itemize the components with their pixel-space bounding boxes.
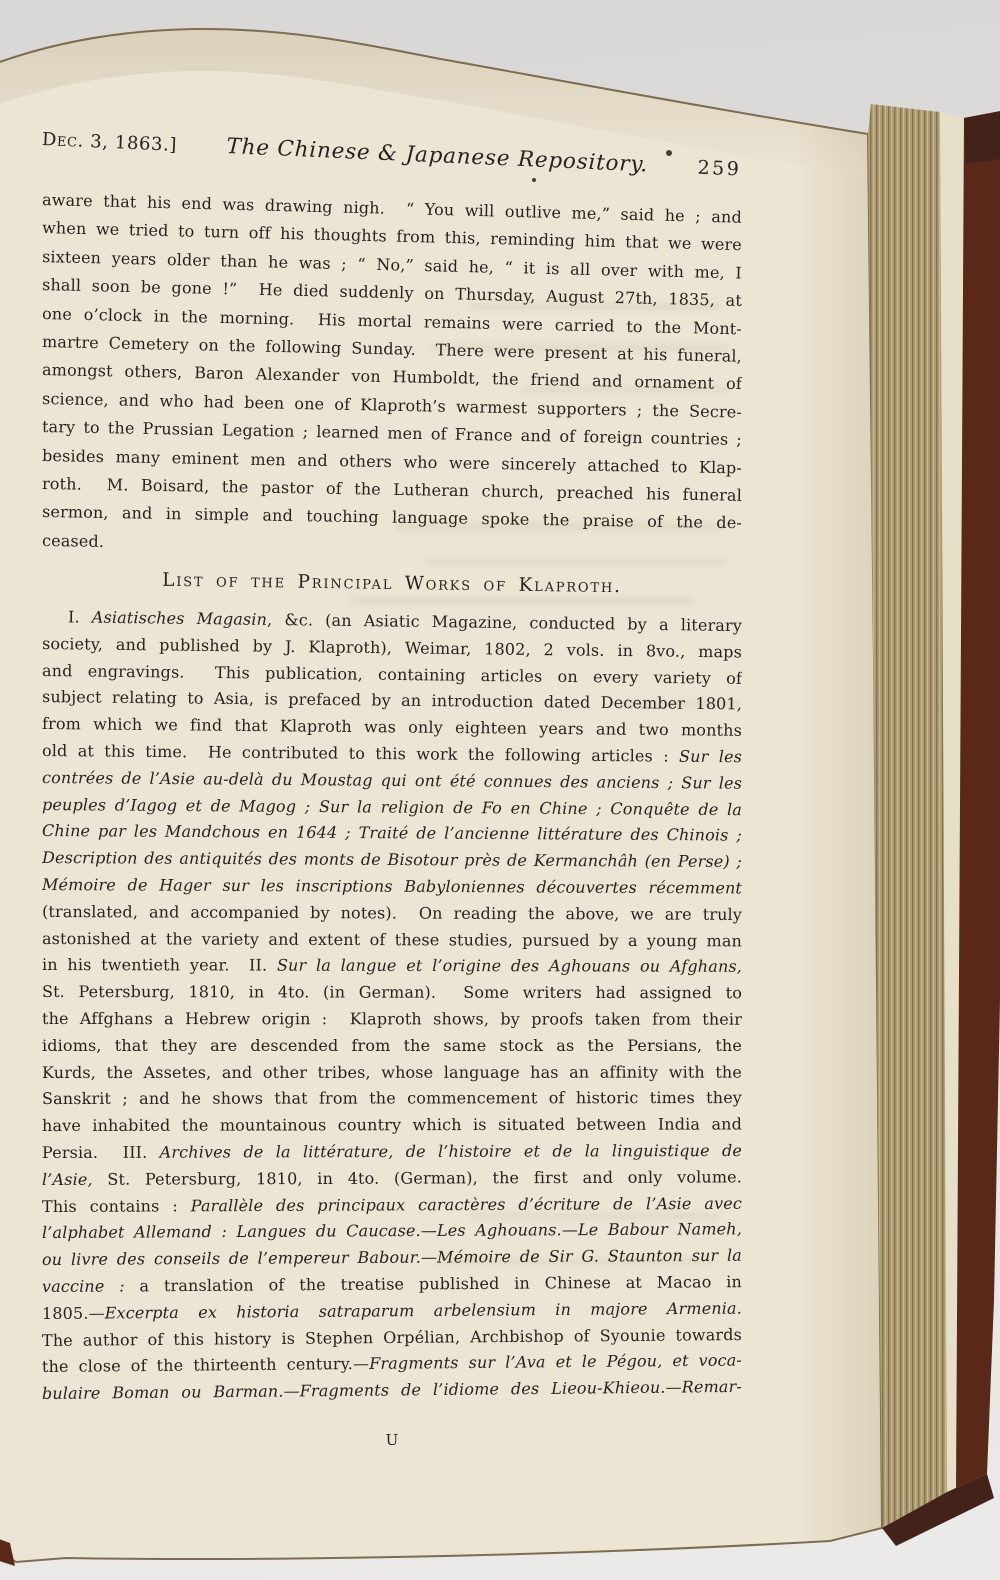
ink-speck — [532, 178, 536, 182]
text-segment: Persia. III. — [42, 1143, 160, 1162]
text-segment: 1805.— — [42, 1303, 105, 1322]
text-segment: The author of this history is Stephen Or… — [42, 1325, 742, 1350]
italic-text-segment: Description des antiquités des monts de … — [42, 848, 742, 871]
text-line: bulaire Boman ou Barman.—Fragments de l’… — [42, 1374, 742, 1408]
text-segment: , &c. (an Asiatic Magazine, conducted by… — [267, 610, 742, 635]
text-segment: the close of the thirteenth century.— — [42, 1354, 369, 1376]
text-segment: ceased. — [42, 531, 104, 551]
page-text: Dec. 3, 1863.] The Chinese & Japanese Re… — [0, 0, 1000, 1580]
text-segment: Sanskrit ; and he shows that from the co… — [42, 1088, 742, 1108]
italic-text-segment: Sur les — [679, 747, 742, 767]
text-segment: have inhabited the mountainous country w… — [42, 1115, 742, 1136]
italic-text-segment: Asiatisches Magasin — [92, 608, 267, 629]
text-segment: in his twentieth year. II. — [42, 955, 277, 975]
italic-text-segment: Mémoire de Hager sur les inscriptions Ba… — [42, 875, 742, 897]
italic-text-segment: Chine par les Mandchous en 1644 ; Traité… — [42, 821, 742, 845]
text-segment: St. Petersburg, 1810, in 4to. (in German… — [42, 982, 742, 1002]
italic-text-segment: l’alphabet Allemand : Langues du Caucase… — [42, 1220, 742, 1243]
italic-text-segment: peuples d’Iagog et de Magog ; Sur la rel… — [42, 795, 742, 819]
text-line: astonished at the variety and extent of … — [42, 926, 742, 955]
text-segment: (translated, and accompanied by notes). … — [42, 902, 742, 924]
text-segment: St. Petersburg, 1810, in 4to. (German), … — [93, 1167, 742, 1188]
text-line: St. Petersburg, 1810, in 4to. (in German… — [42, 979, 742, 1007]
italic-text-segment: contrées de l’Asie au-delà du Moustag qu… — [42, 768, 742, 793]
text-segment: society, and published by J. Klaproth), … — [42, 634, 742, 661]
text-segment: astonished at the variety and extent of … — [42, 929, 742, 950]
issue-date: Dec. 3, 1863.] — [41, 129, 177, 156]
journal-title: The Chinese & Japanese Repository. — [176, 132, 698, 180]
italic-text-segment: bulaire Boman ou Barman.—Fragments de l’… — [42, 1377, 742, 1403]
text-line: in his twentieth year. II. Sur la langue… — [42, 952, 742, 981]
signature-mark: U — [42, 1424, 742, 1456]
italic-text-segment: Parallèle des principaux caractères d’éc… — [191, 1193, 742, 1215]
text-line: Description des antiquités des monts de … — [42, 845, 742, 876]
italic-text-segment: Archives de la littérature, de l’histoir… — [160, 1141, 742, 1162]
text-line: Sanskrit ; and he shows that from the co… — [42, 1085, 742, 1113]
paragraph-obituary: aware that his end was drawing nigh. “ Y… — [42, 186, 742, 555]
text-segment: the Affghans a Hebrew origin : Klaproth … — [42, 1009, 742, 1029]
text-segment: from which we find that Klaproth was onl… — [42, 714, 742, 740]
paragraph-works-list: I. Asiatisches Magasin, &c. (an Asiatic … — [42, 604, 742, 1408]
italic-text-segment: Fragments sur l’Ava et le Pégou, et voca… — [369, 1351, 742, 1373]
text-line: the Affghans a Hebrew origin : Klaproth … — [42, 1006, 742, 1033]
text-segment: idioms, that they are descended from the… — [42, 1036, 742, 1055]
page-number: 259 — [697, 157, 742, 181]
text-line: Kurds, the Assetes, and other tribes, wh… — [42, 1059, 742, 1086]
text-segment: a translation of the treatise published … — [125, 1272, 742, 1295]
text-segment: subject relating to Asia, is prefaced by… — [42, 687, 742, 713]
text-line: l’Asie, St. Petersburg, 1810, in 4to. (G… — [42, 1164, 742, 1193]
text-segment: old at this time. He contributed to this… — [42, 741, 679, 766]
text-line: (translated, and accompanied by notes). … — [42, 899, 742, 929]
section-heading: List of the Principal Works of Klaproth. — [42, 564, 742, 604]
page-header: Dec. 3, 1863.] The Chinese & Japanese Re… — [41, 126, 741, 182]
text-segment: and engravings. This publication, contai… — [42, 661, 742, 688]
italic-text-segment: ou livre des conseils de l’empereur Babo… — [42, 1246, 742, 1269]
italic-text-segment: Sur la langue et l’origine des Aghouans … — [277, 956, 742, 976]
text-line: have inhabited the mountainous country w… — [42, 1112, 742, 1140]
text-line: idioms, that they are descended from the… — [42, 1033, 742, 1060]
text-segment: This contains : — [42, 1196, 191, 1216]
text-line: Persia. III. Archives de la littérature,… — [42, 1138, 742, 1167]
italic-text-segment: vaccine : — [42, 1276, 125, 1296]
book-photo: Dec. 3, 1863.] The Chinese & Japanese Re… — [0, 0, 1000, 1580]
text-segment: Kurds, the Assetes, and other tribes, wh… — [42, 1062, 742, 1081]
text-segment: I. — [68, 607, 92, 626]
italic-text-segment: l’Asie, — [42, 1170, 93, 1189]
italic-text-segment: Excerpta ex historia satraparum arbelens… — [105, 1298, 742, 1322]
text-line: Mémoire de Hager sur les inscriptions Ba… — [42, 872, 742, 902]
ink-speck — [666, 150, 672, 156]
